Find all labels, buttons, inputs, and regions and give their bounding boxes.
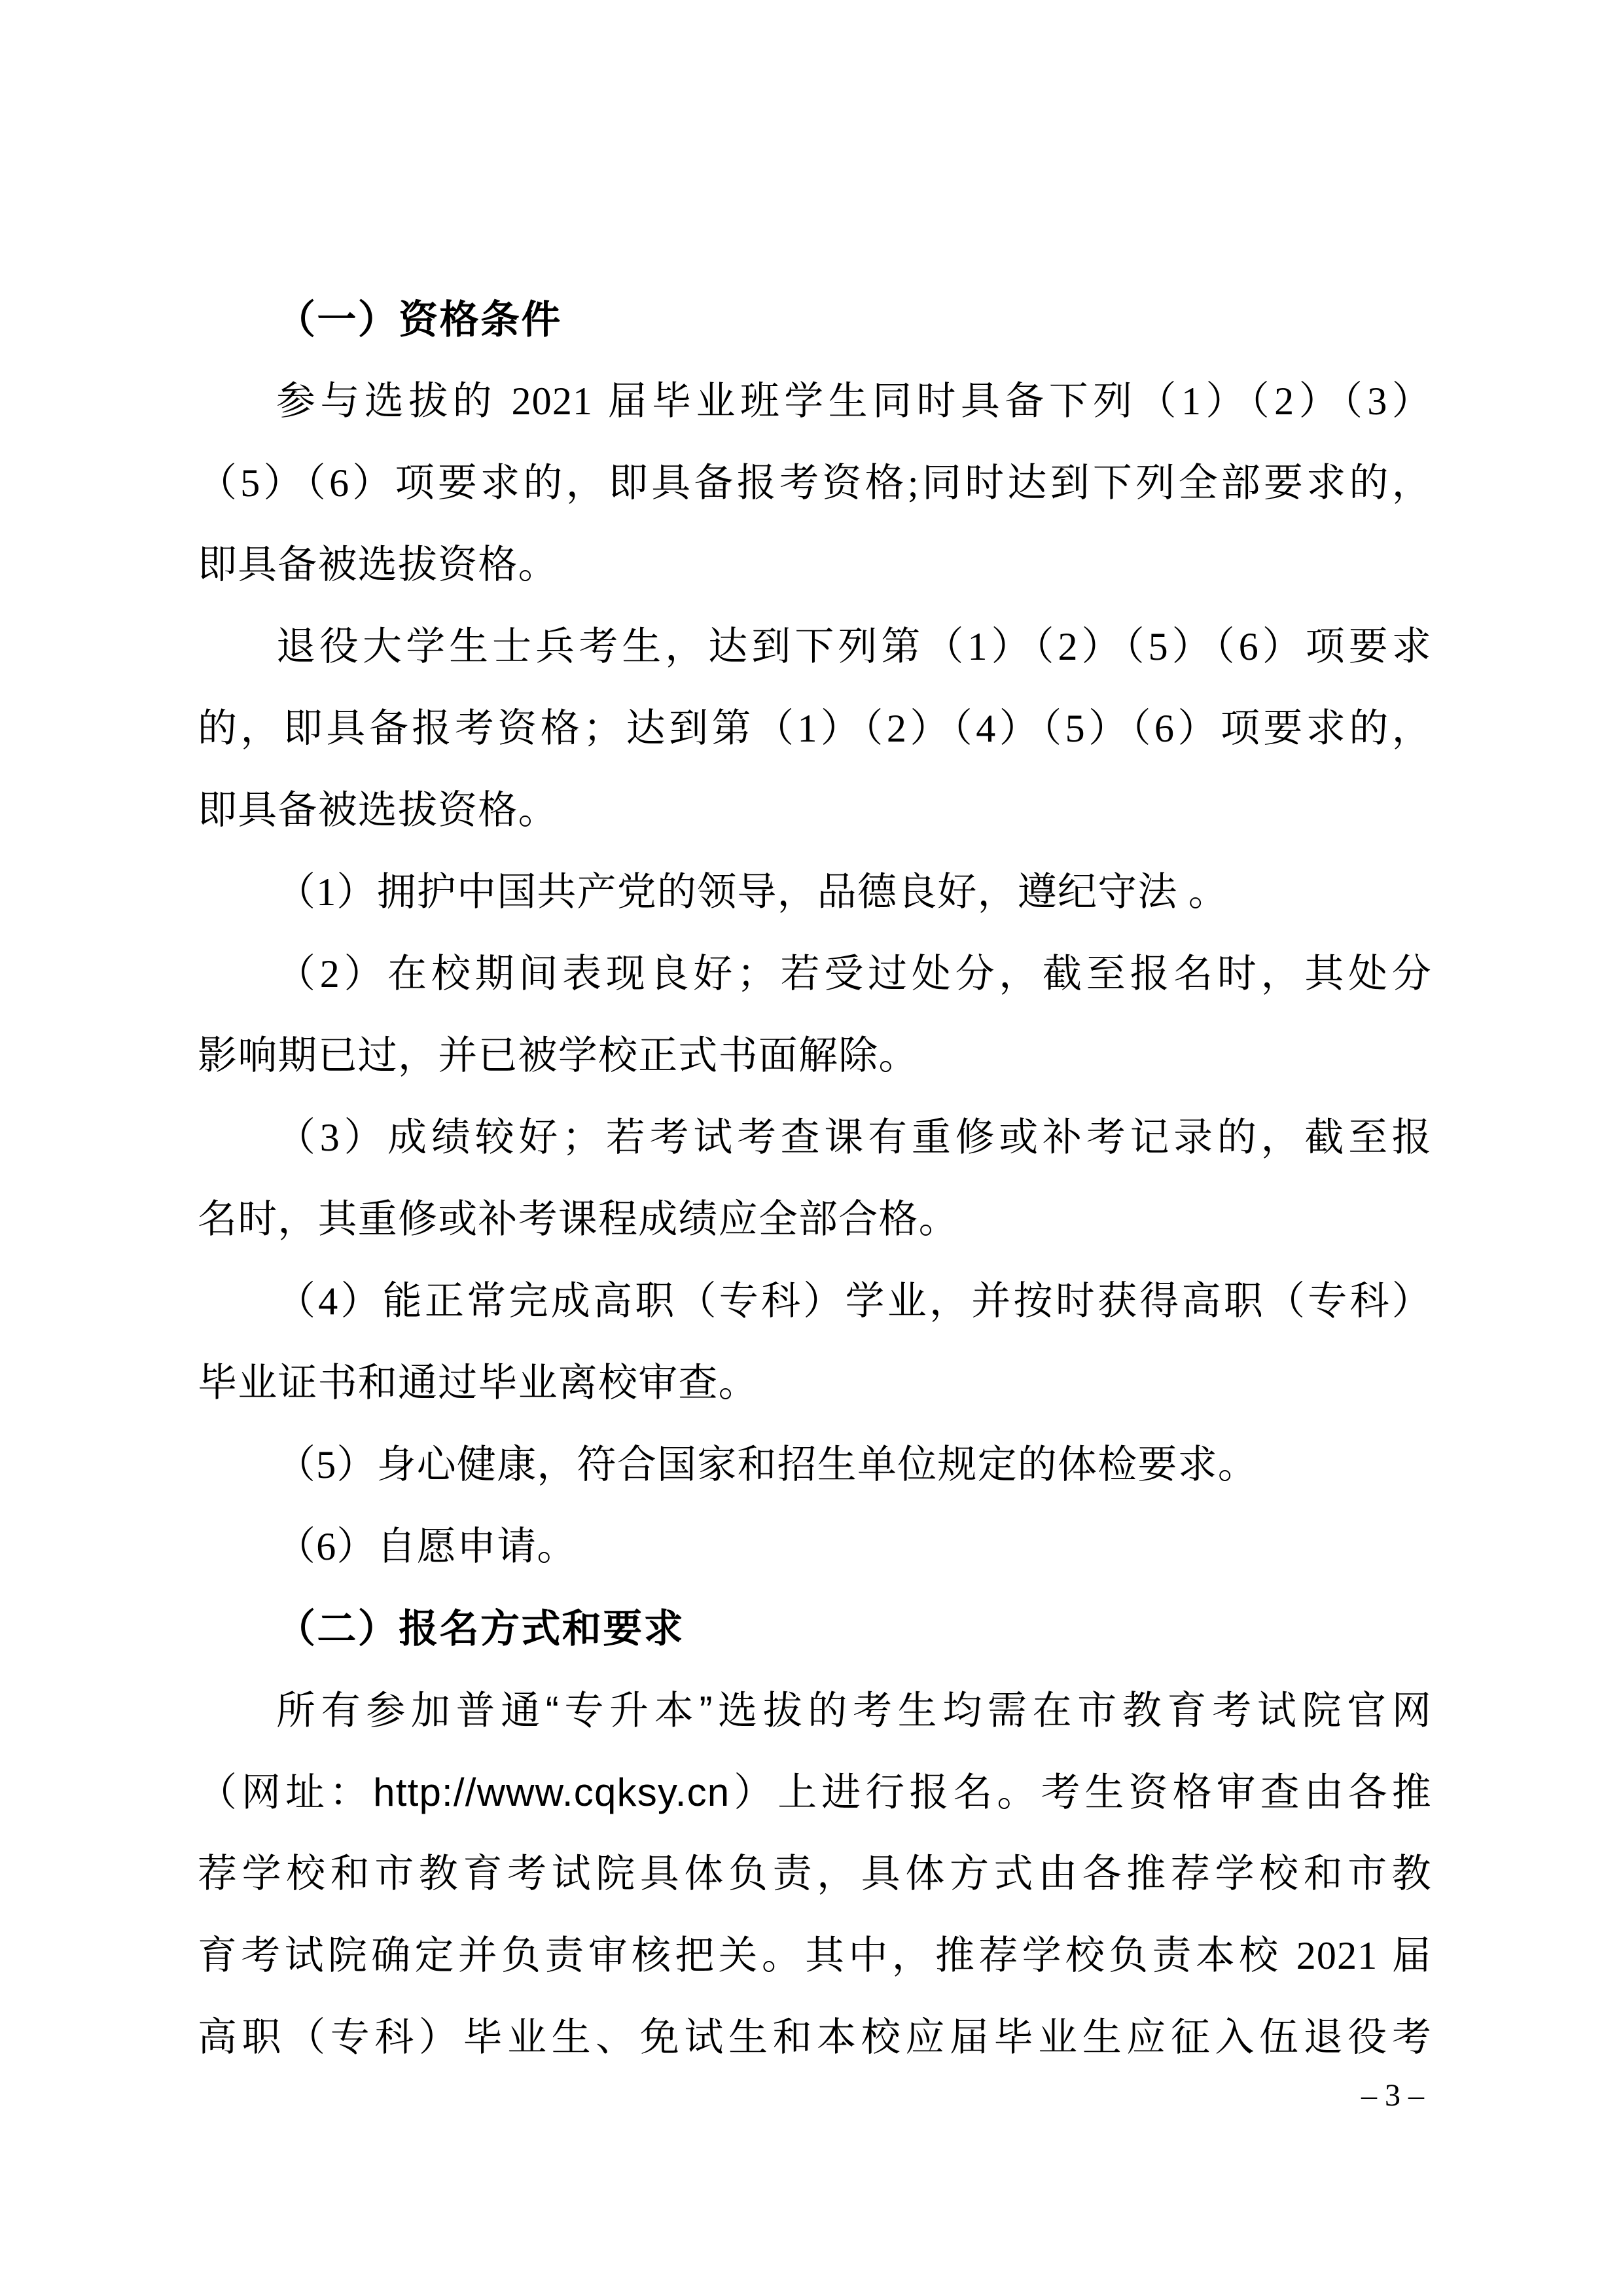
- section-heading-eligibility: （一）资格条件: [198, 279, 1432, 361]
- doc-line: 影响期已过，并已被学校正式书面解除。: [198, 1015, 1432, 1097]
- doc-line: 荐学校和市教育考试院具体负责，具体方式由各推荐学校和市教: [198, 1833, 1432, 1915]
- doc-line: （5）（6）项要求的，即具备报考资格;同时达到下列全部要求的，: [198, 442, 1432, 524]
- doc-line: 退役大学生士兵考生，达到下列第（1）（2）（5）（6）项要求: [198, 606, 1432, 688]
- doc-line-item-5: （5）身心健康，符合国家和招生单位规定的体检要求。: [198, 1424, 1432, 1506]
- doc-line: 即具备被选拔资格。: [198, 770, 1432, 852]
- doc-line: 育考试院确定并负责审核把关。其中，推荐学校负责本校 2021 届: [198, 1915, 1432, 1997]
- doc-line-item-2: （2）在校期间表现良好；若受过处分，截至报名时，其处分: [198, 933, 1432, 1015]
- doc-line: 即具备被选拔资格。: [198, 524, 1432, 606]
- document-page: （一）资格条件 参与选拔的 2021 届毕业班学生同时具备下列（1）（2）（3）…: [0, 0, 1623, 2296]
- document-body: （一）资格条件 参与选拔的 2021 届毕业班学生同时具备下列（1）（2）（3）…: [198, 279, 1432, 2079]
- doc-line-item-6: （6）自愿申请。: [198, 1506, 1432, 1588]
- doc-line: 高职（专科）毕业生、免试生和本校应届毕业生应征入伍退役考: [198, 1997, 1432, 2079]
- doc-line-item-1: （1）拥护中国共产党的领导，品德良好，遵纪守法 。: [198, 852, 1432, 933]
- section-heading-registration: （二）报名方式和要求: [198, 1588, 1432, 1670]
- doc-line-item-4: （4）能正常完成高职（专科）学业，并按时获得高职（专科）: [198, 1261, 1432, 1342]
- doc-line: 毕业证书和通过毕业离校审查。: [198, 1342, 1432, 1424]
- doc-line: 名时，其重修或补考课程成绩应全部合格。: [198, 1179, 1432, 1261]
- doc-line: 所有参加普通“专升本”选拔的考生均需在市教育考试院官网: [198, 1670, 1432, 1751]
- doc-line-item-3: （3）成绩较好；若考试考查课有重修或补考记录的，截至报: [198, 1097, 1432, 1179]
- doc-line: 参与选拔的 2021 届毕业班学生同时具备下列（1）（2）（3）: [198, 361, 1432, 442]
- page-number: – 3 –: [198, 2076, 1432, 2115]
- doc-line: 的，即具备报考资格；达到第（1）（2）（4）（5）（6）项要求的，: [198, 688, 1432, 770]
- doc-line-url: （网址：http://www.cqksy.cn）上进行报名。考生资格审查由各推: [198, 1751, 1432, 1833]
